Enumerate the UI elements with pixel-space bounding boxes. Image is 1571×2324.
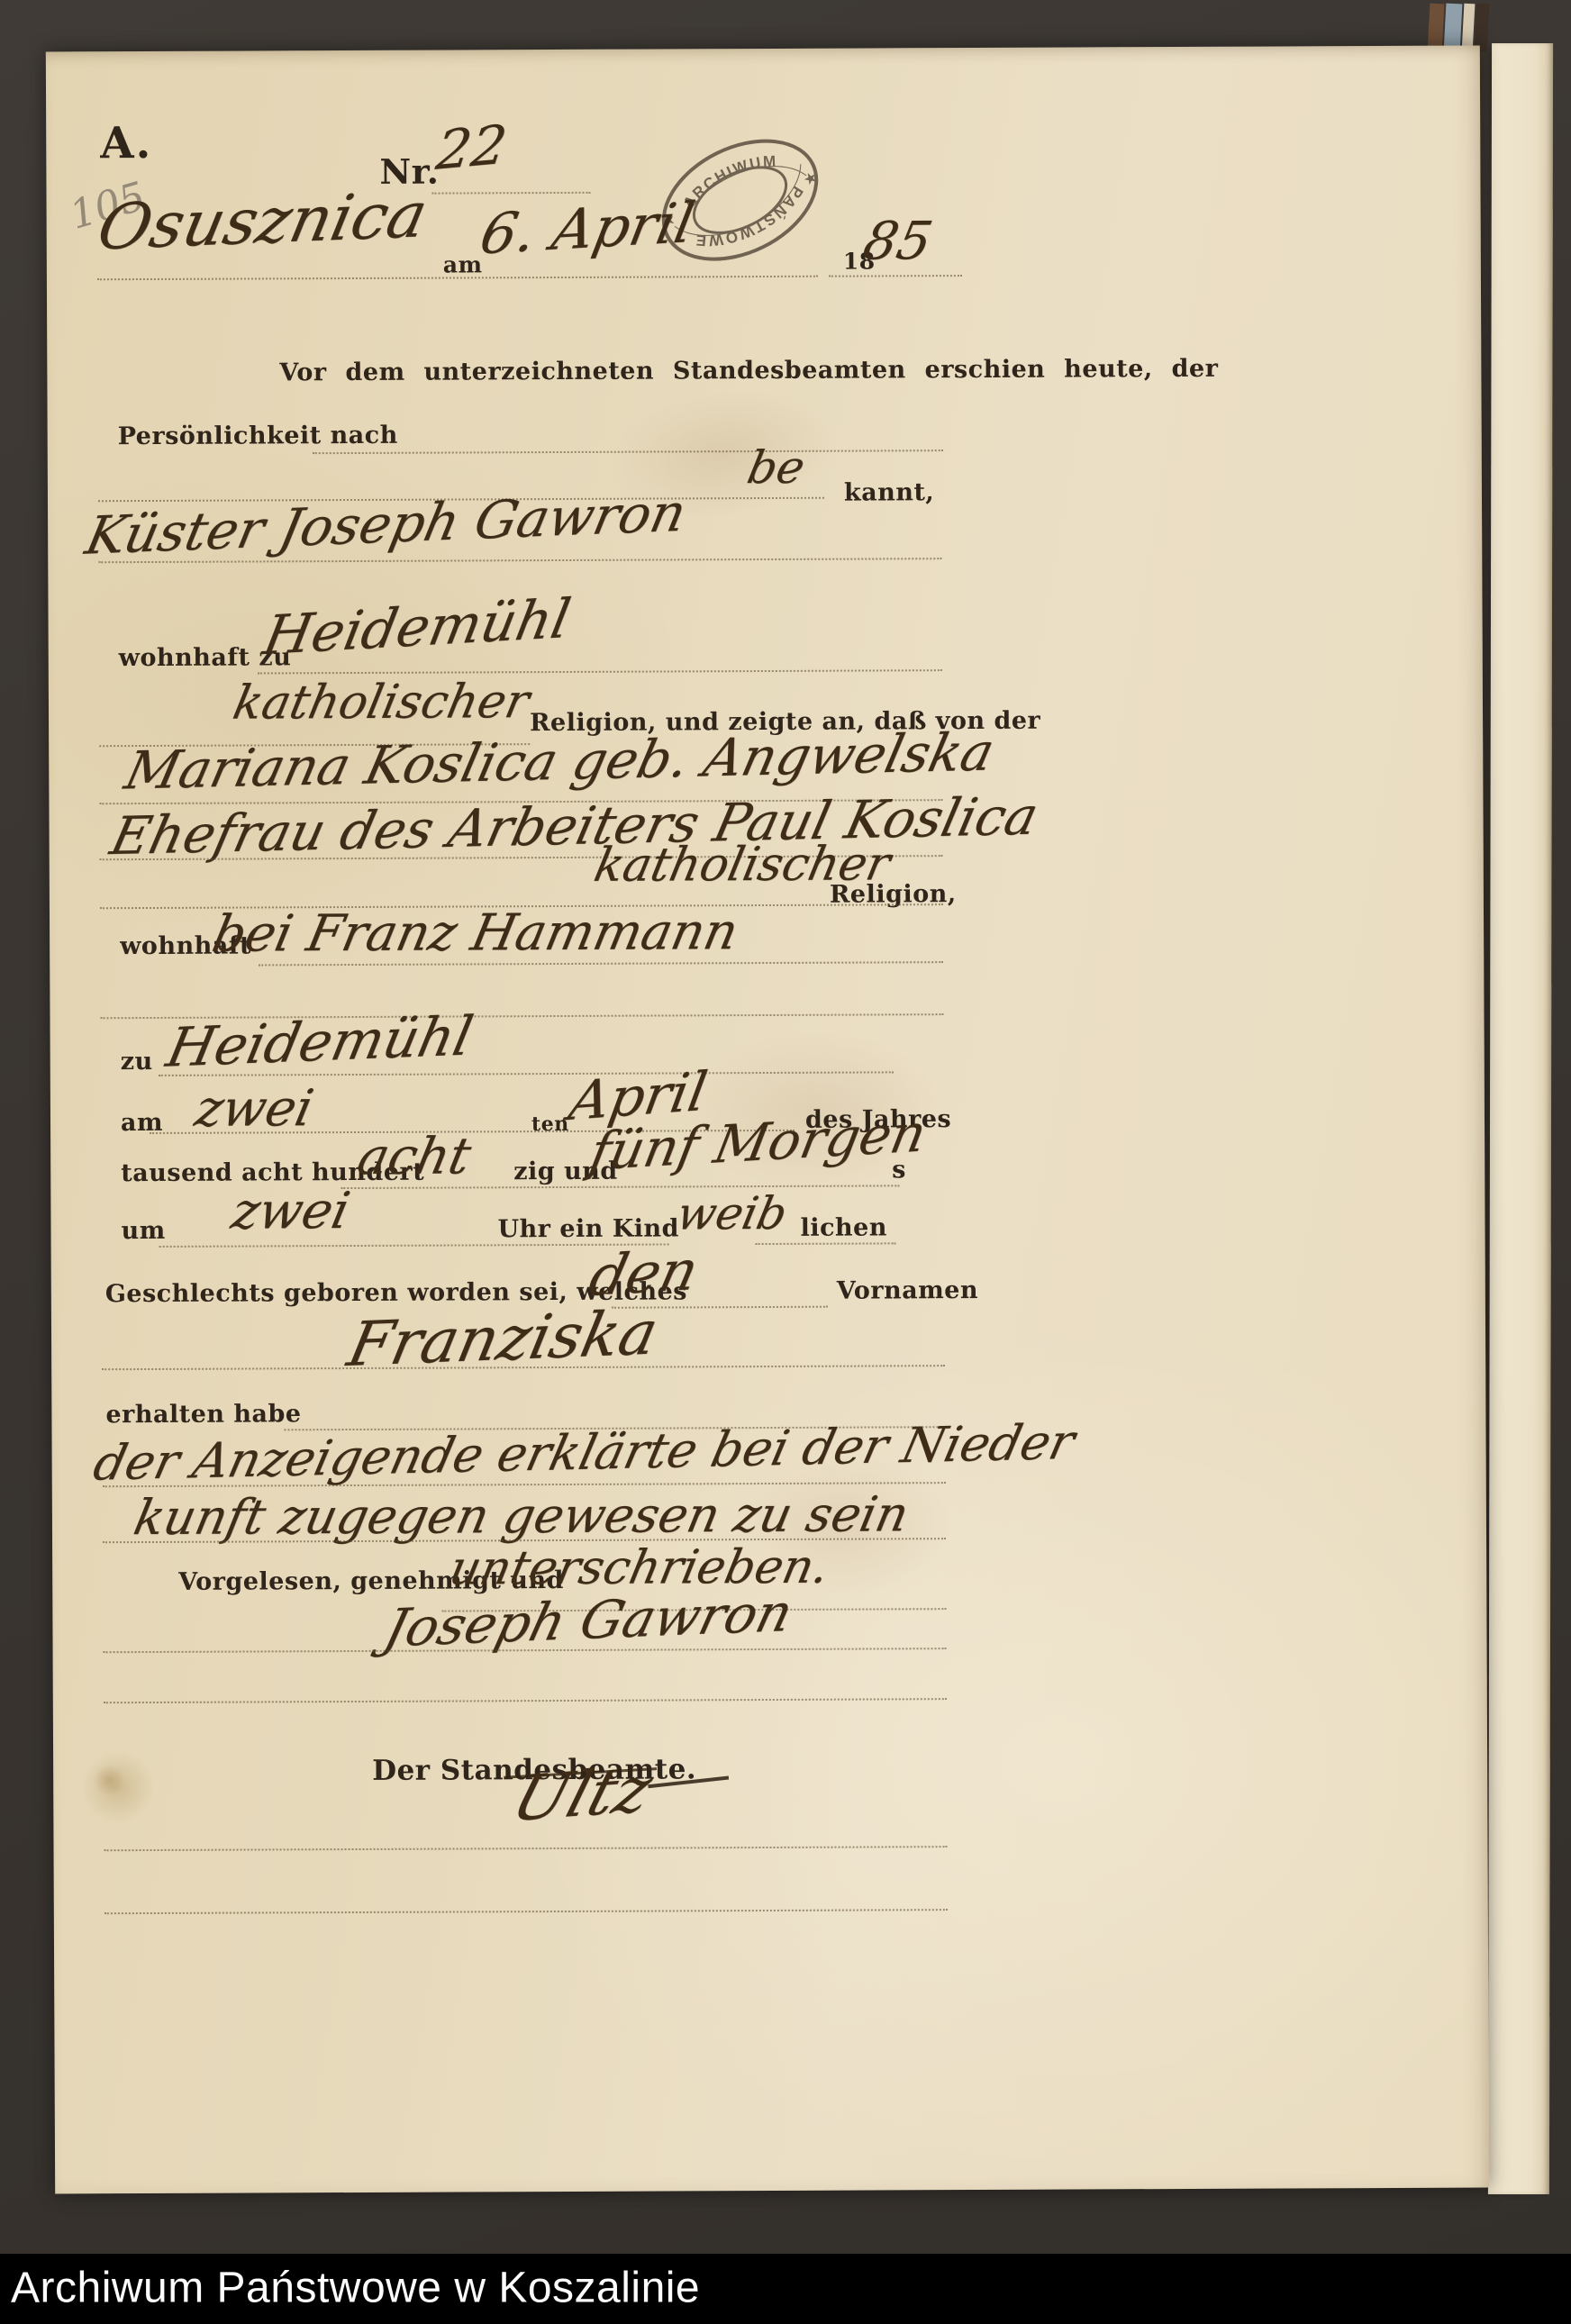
dotted-writing-line	[104, 1698, 947, 1703]
year-units-written: fünf	[585, 1115, 704, 1183]
archive-name: Archiwum Państwowe w Koszalinie	[11, 2263, 700, 2312]
dotted-writing-line	[756, 1242, 896, 1245]
stain	[93, 1765, 125, 1795]
birth-place: Heidemühl	[161, 1005, 478, 1080]
child-gender: weib	[672, 1187, 791, 1240]
year-tens-written: acht	[352, 1127, 476, 1186]
intro-line: Vor dem unterzeichneten Standesbeamten e…	[279, 355, 1218, 387]
stain	[80, 1752, 156, 1822]
stamp-star-right: ★	[802, 168, 821, 188]
persoenlichkeit-label: Persönlichkeit nach	[118, 422, 398, 450]
zu-label: zu	[121, 1048, 153, 1076]
s-suffix: s	[892, 1156, 906, 1184]
uhr-ein-kind-label: Uhr ein Kind	[497, 1214, 679, 1243]
record-number-value: 22	[433, 113, 511, 183]
declarant-residence: Heidemühl	[259, 587, 576, 667]
lichen-label: lichen	[800, 1213, 887, 1241]
dotted-writing-line	[159, 1243, 669, 1247]
birth-hour: zwei	[227, 1182, 355, 1241]
kannt-printed: kannt,	[844, 478, 934, 506]
scanned-photo: A. 105 Nr. 22 ARCHIWUM PAŃSTWOWE ★ ★	[0, 0, 1571, 2324]
archive-footer-bar: Archiwum Państwowe w Koszalinie	[0, 2254, 1571, 2324]
dotted-writing-line	[829, 275, 962, 277]
form-letter: A.	[100, 118, 152, 168]
um-label: um	[121, 1217, 165, 1245]
next-page-edge	[1488, 43, 1553, 2194]
dotted-writing-line	[258, 669, 942, 674]
ten-suffix: ten	[531, 1112, 569, 1136]
registrar-signature: Ultz	[504, 1753, 660, 1837]
date-day-month: 6. April	[475, 189, 699, 267]
year-written-85: 85	[858, 210, 938, 271]
mother-residence: bei Franz Hammann	[207, 903, 743, 964]
bekannt-handwritten-be: be	[743, 441, 810, 494]
declaration-line2: kunft zugegen gewesen zu sein	[129, 1485, 913, 1546]
erhalten-habe-label: erhalten habe	[105, 1400, 301, 1429]
register-page: A. 105 Nr. 22 ARCHIWUM PAŃSTWOWE ★ ★	[46, 46, 1489, 2194]
dotted-writing-line	[432, 192, 591, 195]
dotted-writing-line	[104, 1909, 948, 1914]
dotted-writing-line	[104, 1846, 948, 1851]
dotted-writing-line	[97, 276, 818, 280]
declarant-religion: katholischer	[229, 675, 534, 730]
registry-place: Osusznica	[92, 177, 434, 264]
birth-day: zwei	[190, 1079, 318, 1139]
dotted-writing-line	[313, 449, 943, 454]
declarant-name: Küster Joseph Gawron	[80, 482, 691, 567]
vornamen-label: Vornamen	[837, 1276, 978, 1305]
